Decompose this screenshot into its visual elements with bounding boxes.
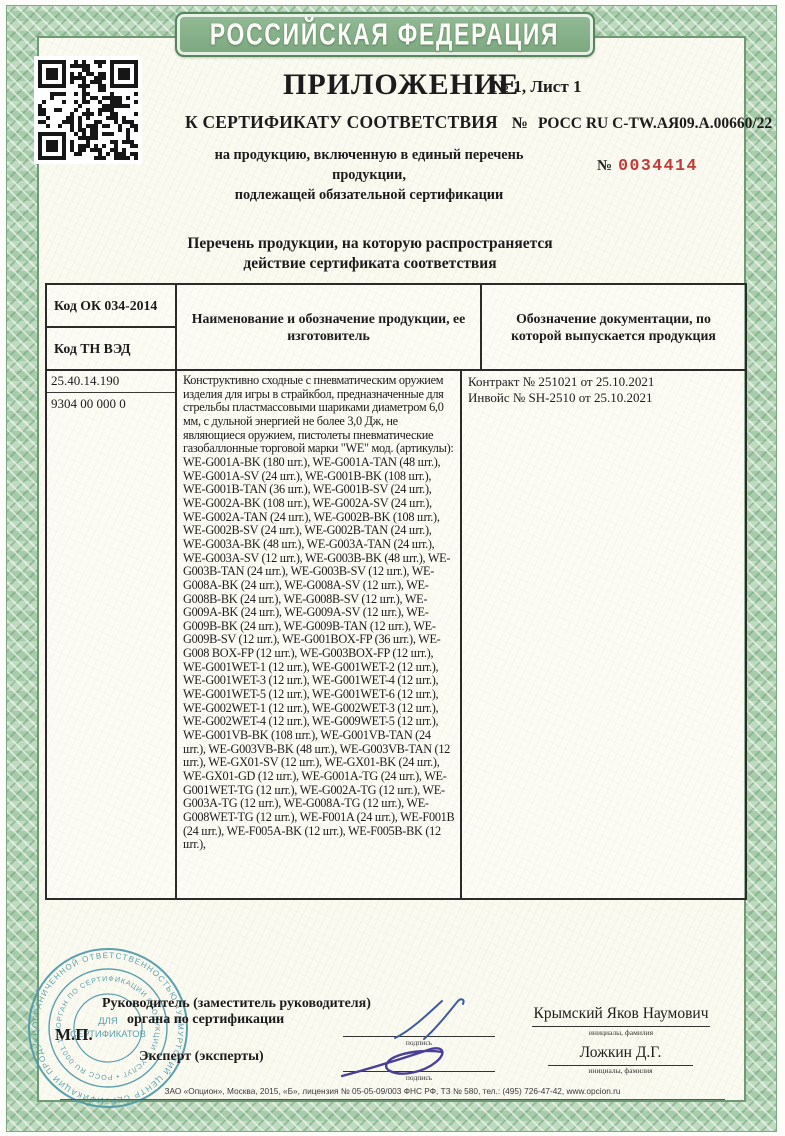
cell-documentation: Контракт № 251021 от 25.10.2021 Инвойс №… (462, 371, 745, 898)
document-title: ПРИЛОЖЕНИЕ (283, 68, 519, 102)
product-note-line2: подлежащей обязательной сертификации (183, 185, 555, 205)
head-role-label: Руководитель (заместитель руководителя) … (102, 996, 371, 1028)
section-heading-line1: Перечень продукции, на которую распростр… (100, 234, 640, 254)
cell-product-description: Конструктивно сходные с пневматическим о… (177, 371, 462, 898)
header-code-tnved: Код ТН ВЭД (47, 328, 175, 369)
header-code-ok: Код ОК 034-2014 (47, 285, 175, 328)
printer-imprint: ЗАО «Опцион», Москва, 2015, «Б», лицензи… (60, 1086, 725, 1100)
header-cell-product: Наименование и обозначение продукции, ее… (177, 285, 482, 369)
expert-name-caption: инициалы, фамилия (548, 1066, 693, 1075)
country-banner: РОССИЙСКАЯ ФЕДЕРАЦИЯ (175, 12, 595, 57)
documentation-line1: Контракт № 251021 от 25.10.2021 (468, 374, 739, 390)
code-tnved-value: 9304 00 000 0 (47, 393, 175, 415)
documentation-line2: Инвойс № SH-2510 от 25.10.2021 (468, 390, 739, 406)
product-note-line1: на продукцию, включенную в единый перече… (183, 145, 555, 185)
sheet-reference: № 1, Лист 1 (492, 77, 581, 97)
header-cell-documentation: Обозначение документации, по которой вып… (482, 285, 745, 369)
cell-codes: 25.40.14.190 9304 00 000 0 (47, 371, 177, 898)
expert-signature-ink (338, 1032, 456, 1084)
certificate-number: РОСС RU C-TW.АЯ09.А.00660/22 (538, 115, 772, 133)
header-cell-codes: Код ОК 034-2014 Код ТН ВЭД (47, 285, 177, 369)
certificate-label: К СЕРТИФИКАТУ СООТВЕТСТВИЯ (185, 112, 498, 133)
product-note: на продукцию, включенную в единый перече… (183, 145, 555, 205)
country-banner-label: РОССИЙСКАЯ ФЕДЕРАЦИЯ (210, 16, 559, 53)
section-heading: Перечень продукции, на которую распростр… (100, 234, 640, 273)
qr-code-image (38, 60, 138, 160)
head-role-line2: органа по сертификации (102, 1012, 371, 1028)
head-role-line1: Руководитель (заместитель руководителя) (102, 996, 371, 1012)
table-data-row: 25.40.14.190 9304 00 000 0 Конструктивно… (47, 371, 745, 898)
code-ok-value: 25.40.14.190 (47, 371, 175, 393)
table-header-row: Код ОК 034-2014 Код ТН ВЭД Наименование … (47, 285, 745, 371)
stamp-place-label: М.П. (55, 1025, 93, 1045)
expert-role-label: Эксперт (эксперты) (139, 1049, 264, 1065)
section-heading-line2: действие сертификата соответствия (100, 254, 640, 274)
expert-name: Ложкин Д.Г. (548, 1044, 693, 1066)
head-name-caption: инициалы, фамилия (532, 1028, 710, 1037)
product-table: Код ОК 034-2014 Код ТН ВЭД Наименование … (45, 283, 747, 900)
product-description-text: Конструктивно сходные с пневматическим о… (177, 371, 460, 894)
certificate-appendix-page: РОССИЙСКАЯ ФЕДЕРАЦИЯ ПРИЛОЖЕНИЕ № 1, Лис… (0, 0, 785, 1136)
head-name: Крымский Яков Наумович (532, 1005, 710, 1027)
form-number-sign: № (597, 158, 612, 175)
certificate-number-sign: № (512, 115, 528, 133)
qr-code (34, 56, 142, 164)
form-number-digits: 0034414 (618, 156, 698, 175)
certificate-reference-row: К СЕРТИФИКАТУ СООТВЕТСТВИЯ № РОСС RU C-T… (185, 112, 772, 133)
documentation-text: Контракт № 251021 от 25.10.2021 Инвойс №… (462, 371, 745, 408)
form-number: № 0034414 (597, 156, 698, 175)
